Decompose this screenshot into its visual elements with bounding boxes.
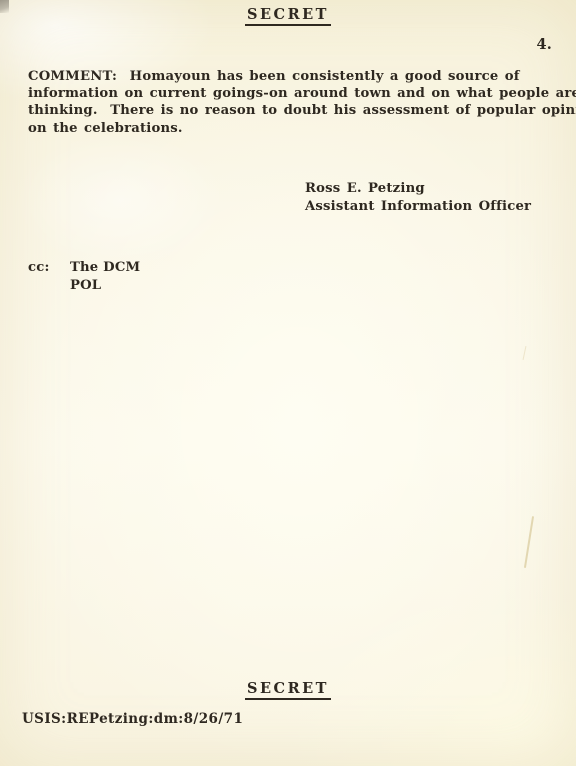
comment-line-1: COMMENT: Homayoun has been consistently … (28, 68, 568, 85)
cc-recipient-pol: POL (70, 277, 140, 295)
scan-artifact-scratch (524, 516, 534, 568)
signature-block: Ross E. Petzing Assistant Information Of… (305, 180, 531, 216)
comment-line-3: thinking. There is no reason to doubt hi… (28, 102, 568, 119)
page-number: 4. (536, 36, 552, 53)
comment-line-4: on the celebrations. (28, 120, 568, 137)
classification-banner-top: SECRET (0, 6, 576, 26)
comment-line-2: information on current goings-on around … (28, 85, 568, 102)
cc-recipient-dcm: The DCM (70, 259, 140, 277)
cc-block: cc: The DCM POL (28, 259, 140, 295)
signature-name: Ross E. Petzing (305, 180, 531, 198)
comment-paragraph: COMMENT: Homayoun has been consistently … (28, 68, 568, 137)
signature-title: Assistant Information Officer (305, 198, 531, 216)
typist-reference-line: USIS:REPetzing:dm:8/26/71 (22, 711, 243, 727)
classification-label-bottom: SECRET (245, 680, 331, 700)
scan-artifact-scratch-small (523, 346, 527, 360)
classification-label-top: SECRET (245, 6, 331, 26)
cc-label: cc: (28, 259, 70, 277)
scanned-memo-page: SECRET 4. COMMENT: Homayoun has been con… (0, 0, 576, 766)
cc-recipient-list: The DCM POL (70, 259, 140, 295)
classification-banner-bottom: SECRET (0, 680, 576, 700)
